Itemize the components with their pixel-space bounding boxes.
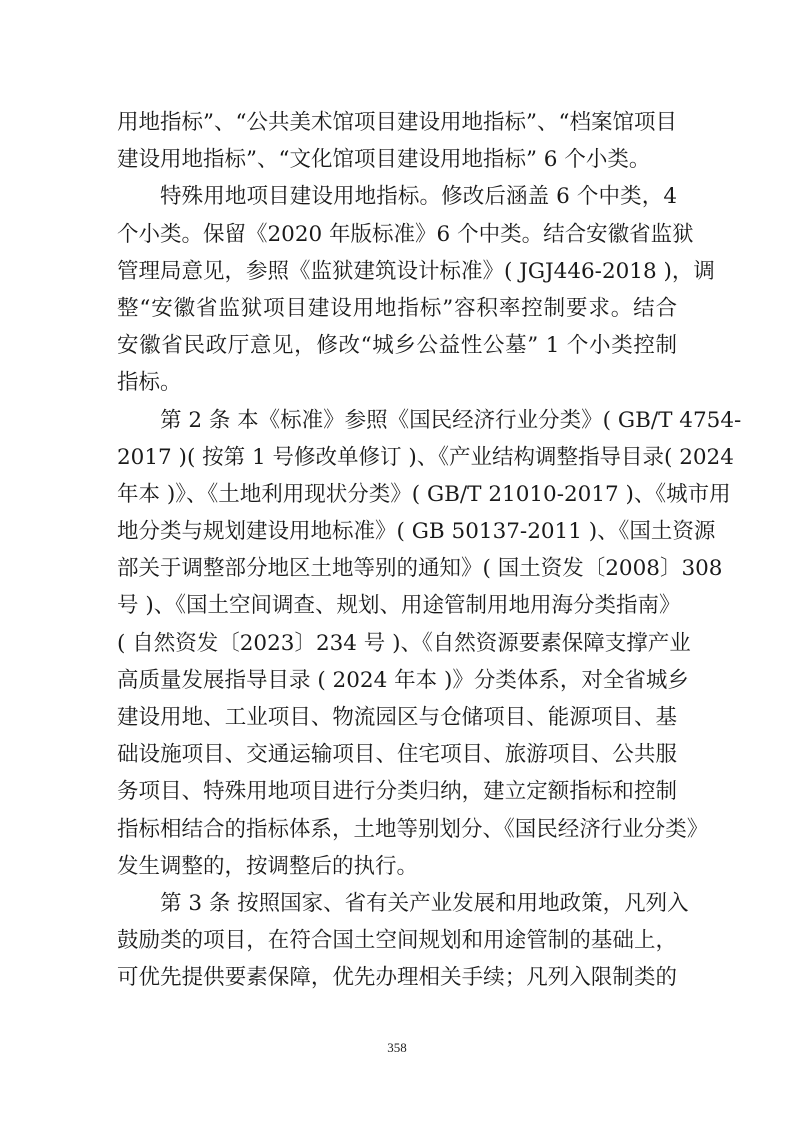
text-line: 建设用地、工业项目、物流园区与仓储项目、能源项目、基 bbox=[117, 699, 677, 736]
text-line: 个小类。保留《2020 年版标准》6 个中类。结合安徽省监狱 bbox=[117, 216, 677, 253]
text-line: 鼓励类的项目，在符合国土空间规划和用途管制的基础上， bbox=[117, 922, 677, 959]
text-line: 指标相结合的指标体系，土地等别划分、《国民经济行业分类》 bbox=[117, 811, 677, 848]
text-line: 务项目、特殊用地项目进行分类归纳，建立定额指标和控制 bbox=[117, 773, 677, 810]
paragraph-first-line: 特殊用地项目建设用地指标。修改后涵盖 6 个中类，4 bbox=[117, 178, 677, 215]
text-line: 部关于调整部分地区土地等别的通知》( 国土资发〔2008〕308 bbox=[117, 550, 677, 587]
body-text: 用地指标”、“公共美术馆项目建设用地指标”、“档案馆项目 建设用地指标”、“文化… bbox=[117, 104, 677, 997]
text-line: 管理局意见，参照《监狱建筑设计标准》( JGJ446-2018 )，调 bbox=[117, 253, 677, 290]
text-line: ( 自然资发〔2023〕234 号 )、《自然资源要素保障支撑产业 bbox=[117, 625, 677, 662]
page-number: 358 bbox=[0, 1040, 794, 1056]
text-line: 建设用地指标”、“文化馆项目建设用地指标” 6 个小类。 bbox=[117, 141, 677, 178]
text-line: 用地指标”、“公共美术馆项目建设用地指标”、“档案馆项目 bbox=[117, 104, 677, 141]
text-line: 地分类与规划建设用地标准》( GB 50137-2011 )、《国土资源 bbox=[117, 513, 677, 550]
text-line: 高质量发展指导目录 ( 2024 年本 )》分类体系，对全省城乡 bbox=[117, 662, 677, 699]
article-3-first-line: 第 3 条 按照国家、省有关产业发展和用地政策，凡列入 bbox=[117, 885, 677, 922]
text-line: 发生调整的，按调整后的执行。 bbox=[117, 848, 677, 885]
text-line: 础设施项目、交通运输项目、住宅项目、旅游项目、公共服 bbox=[117, 736, 677, 773]
text-line: 指标。 bbox=[117, 364, 677, 401]
text-line: 2017 )( 按第 1 号修改单修订 )、《产业结构调整指导目录( 2024 bbox=[117, 439, 677, 476]
text-line: 号 )、《国土空间调查、规划、用途管制用地用海分类指南》 bbox=[117, 587, 677, 624]
text-line: 安徽省民政厅意见，修改“城乡公益性公墓” 1 个小类控制 bbox=[117, 327, 677, 364]
text-line: 整“安徽省监狱项目建设用地指标”容积率控制要求。结合 bbox=[117, 290, 677, 327]
text-line: 年本 )》、《土地利用现状分类》( GB/T 21010-2017 )、《城市用 bbox=[117, 476, 677, 513]
document-page: 用地指标”、“公共美术馆项目建设用地指标”、“档案馆项目 建设用地指标”、“文化… bbox=[0, 0, 794, 1122]
text-line: 可优先提供要素保障，优先办理相关手续；凡列入限制类的 bbox=[117, 959, 677, 996]
article-2-first-line: 第 2 条 本《标准》参照《国民经济行业分类》( GB/T 4754- bbox=[117, 402, 677, 439]
